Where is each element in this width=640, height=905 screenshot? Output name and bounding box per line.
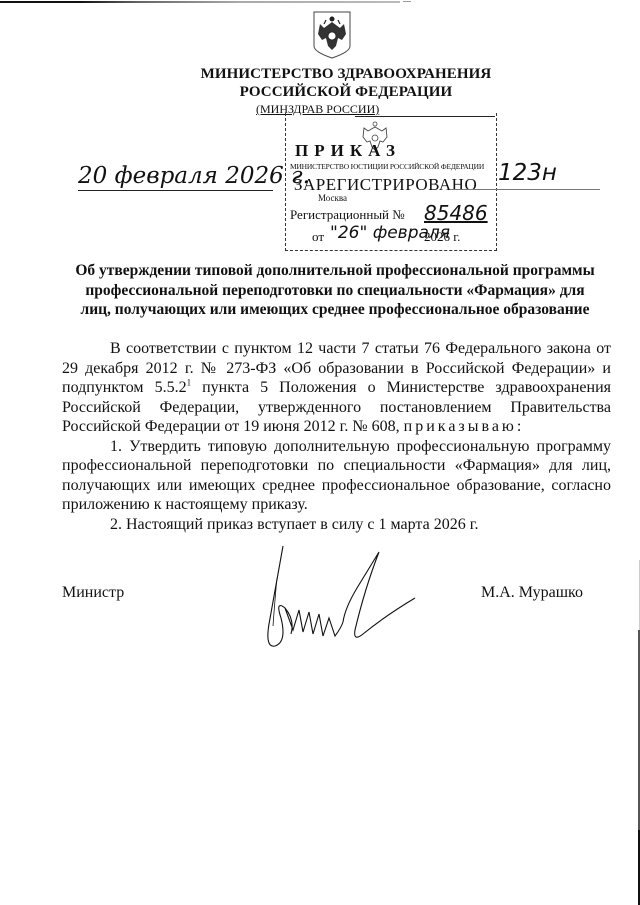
order-date-handwritten: 20 февраля 2026 г. <box>78 163 310 189</box>
reg-number-label: Регистрационный № <box>290 207 405 223</box>
stamp-city: Москва <box>318 193 347 203</box>
coat-of-arms-icon <box>312 10 352 60</box>
order-number-handwritten: 123н <box>498 160 557 186</box>
stamp-status: ЗАРЕГИСТРИРОВАНО <box>294 175 477 195</box>
order-body: В соответствии с пунктом 12 части 7 стат… <box>62 339 611 534</box>
ministry-name-line1: МИНИСТЕРСТВО ЗДРАВООХРАНЕНИЯ <box>26 66 640 83</box>
scan-edge-line <box>403 1 411 2</box>
number-underline <box>450 189 600 190</box>
reg-date-year: 2026 г. <box>424 229 460 245</box>
scan-edge-line <box>0 1 400 3</box>
document-type: ПРИКАЗ <box>295 141 401 161</box>
order-item-2: 2. Настоящий приказ вступает в силу с 1 … <box>62 515 611 535</box>
signatory-position: Министр <box>62 584 124 602</box>
date-underline <box>78 190 273 191</box>
reg-date-prefix: от <box>312 229 324 245</box>
handwritten-signature-icon <box>255 538 435 658</box>
reg-date-day: "26" <box>330 223 367 243</box>
order-title: Об утверждении типовой дополнительной пр… <box>70 261 600 320</box>
stamp-authority: МИНИСТЕРСТВО ЮСТИЦИИ РОССИЙСКОЙ ФЕДЕРАЦИ… <box>290 162 484 171</box>
preamble-paragraph: В соответствии с пунктом 12 части 7 стат… <box>62 339 611 437</box>
order-word: приказываю: <box>404 418 525 435</box>
order-item-1: 1. Утвердить типовую дополнительную проф… <box>62 437 611 515</box>
reg-number: 85486 <box>424 201 488 225</box>
signatory-name: М.А. Мурашко <box>481 584 583 602</box>
ministry-name-line2: РОССИЙСКОЙ ФЕДЕРАЦИИ <box>26 84 640 101</box>
